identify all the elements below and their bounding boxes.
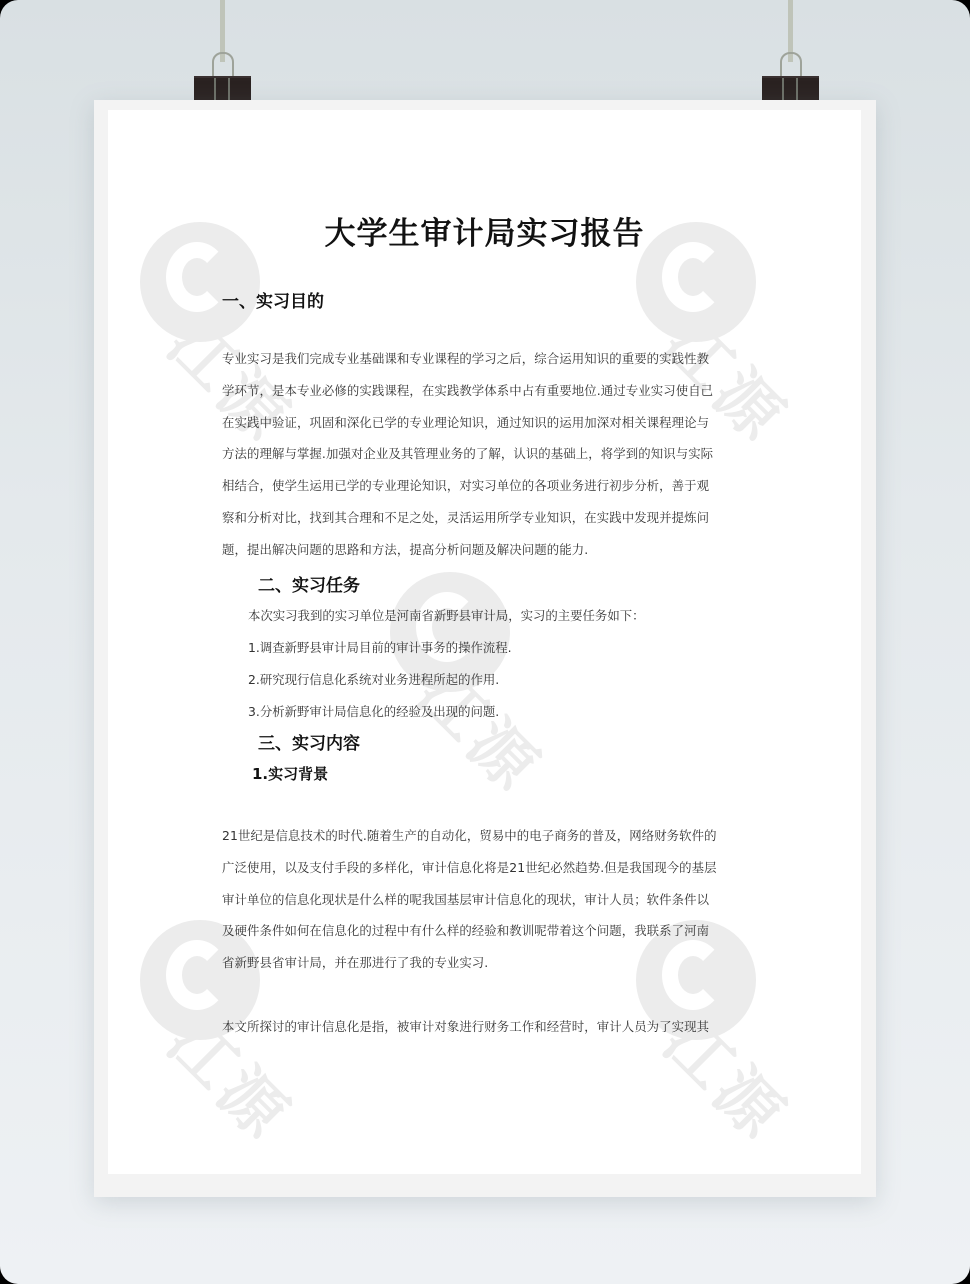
paragraph-line: 21世纪是信息技术的时代.随着生产的自动化，贸易中的电子商务的普及，网络财务软件… bbox=[222, 820, 752, 852]
section-paragraph: 本文所探讨的审计信息化是指，被审计对象进行财务工作和经营时，审计人员为了实现其 bbox=[222, 1011, 752, 1043]
paragraph-line: 方法的理解与掌握.加强对企业及其管理业务的了解，认识的基础上，将学到的知识与实际 bbox=[222, 438, 752, 470]
task-item: 1.调查新野县审计局目前的审计事务的操作流程. bbox=[248, 638, 512, 656]
document-content: 大学生审计局实习报告 一、实习目的 专业实习是我们完成专业基础课和专业课程的学习… bbox=[108, 110, 861, 1174]
section-intro: 本次实习我到的实习单位是河南省新野县审计局，实习的主要任务如下： bbox=[248, 606, 645, 624]
paragraph-line: 广泛使用，以及支付手段的多样化，审计信息化将是21世纪必然趋势.但是我国现今的基… bbox=[222, 852, 752, 884]
document-page: 江源 江源 江源 江源 江源 大学生审计局实习报告 一、实习目的 bbox=[108, 110, 861, 1174]
paragraph-line: 在实践中验证，巩固和深化已学的专业理论知识，通过知识的运用加深对相关课程理论与 bbox=[222, 407, 752, 439]
section-heading: 二、实习任务 bbox=[258, 571, 360, 596]
task-item: 3.分析新野审计局信息化的经验及出现的问题. bbox=[248, 702, 499, 720]
task-item: 2.研究现行信息化系统对业务进程所起的作用. bbox=[248, 670, 499, 688]
paragraph-line: 及硬件条件如何在信息化的过程中有什么样的经验和教训呢带着这个问题，我联系了河南 bbox=[222, 915, 752, 947]
paragraph-line: 专业实习是我们完成专业基础课和专业课程的学习之后，综合运用知识的重要的实践性教 bbox=[222, 343, 752, 375]
paragraph-line: 学环节，是本专业必修的实践课程，在实践教学体系中占有重要地位.通过专业实习使自己 bbox=[222, 375, 752, 407]
paper-frame: 江源 江源 江源 江源 江源 大学生审计局实习报告 一、实习目的 bbox=[94, 100, 876, 1197]
section-heading: 三、实习内容 bbox=[258, 729, 360, 754]
section-heading: 一、实习目的 bbox=[222, 287, 324, 312]
paragraph-line: 审计单位的信息化现状是什么样的呢我国基层审计信息化的现状，审计人员；软件条件以 bbox=[222, 884, 752, 916]
paragraph-line: 省新野县省审计局，并在那进行了我的专业实习. bbox=[222, 947, 752, 979]
subsection-heading: 1.实习背景 bbox=[252, 763, 328, 784]
paragraph-line: 相结合，使学生运用已学的专业理论知识，对实习单位的各项业务进行初步分析，善于观 bbox=[222, 470, 752, 502]
paragraph-line: 题，提出解决问题的思路和方法，提高分析问题及解决问题的能力. bbox=[222, 534, 752, 566]
section-paragraph: 21世纪是信息技术的时代.随着生产的自动化，贸易中的电子商务的普及，网络财务软件… bbox=[222, 820, 752, 979]
paragraph-line: 察和分析对比，找到其合理和不足之处，灵活运用所学专业知识，在实践中发现并提炼问 bbox=[222, 502, 752, 534]
section-paragraph: 专业实习是我们完成专业基础课和专业课程的学习之后，综合运用知识的重要的实践性教 … bbox=[222, 343, 752, 566]
paragraph-line: 本文所探讨的审计信息化是指，被审计对象进行财务工作和经营时，审计人员为了实现其 bbox=[222, 1011, 752, 1043]
background: 江源 江源 江源 江源 江源 大学生审计局实习报告 一、实习目的 bbox=[0, 0, 970, 1284]
document-title: 大学生审计局实习报告 bbox=[108, 208, 861, 253]
